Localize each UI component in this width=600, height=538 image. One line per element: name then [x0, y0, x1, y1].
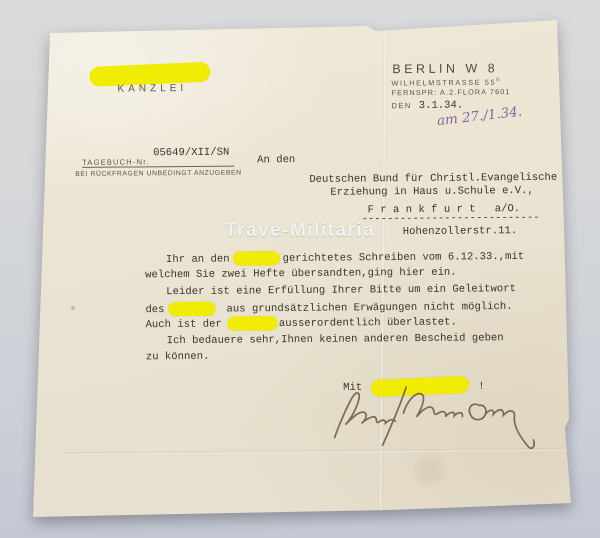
office-label: KANZLEI [117, 83, 187, 95]
redaction-highlight-body-2 [168, 302, 215, 316]
street-floor: II [496, 77, 500, 83]
letter-paper: KANZLEI BERLIN W 8 WILHELMSTRASSE 55II F… [0, 0, 600, 538]
journal-number: 05649/XII/SN [153, 147, 229, 161]
letterhead-street: WILHELMSTRASSE 55II [391, 77, 500, 87]
body-line-1: Ihr an dengerichtetes Schreiben vom 6.12… [166, 249, 524, 267]
body-line-2: welchem Sie zwei Hefte übersandten,ging … [145, 267, 457, 283]
signature-handwriting [319, 378, 550, 458]
date-label: DEN [392, 101, 412, 110]
photo-of-letter: KANZLEI BERLIN W 8 WILHELMSTRASSE 55II F… [0, 0, 600, 538]
letterhead-city: BERLIN W 8 [392, 61, 498, 76]
body-line-5: Auch ist derausserordentlich überlastet. [145, 315, 456, 333]
watermark-overlay: Trave-Militaria [225, 220, 375, 242]
redaction-highlight-body-3 [228, 316, 278, 330]
body-line-6: Ich bedauere sehr,Ihnen keinen anderen B… [167, 332, 504, 348]
body-line-4: desaus grundsätzlichen Erwägungen nicht … [145, 299, 512, 317]
letterhead-phone: FERNSPR: A.2.FLORA 7601 [392, 87, 511, 97]
recipient-org-line2: Erziehung in Haus u.Schule e.V., [330, 185, 534, 200]
body-line-7: zu können. [146, 351, 210, 365]
recipient-street: Hohenzollerstr.11. [403, 225, 518, 239]
recipient-salutation: An den [257, 154, 295, 167]
journal-caption: BEI RÜCKFRAGEN UNBEDINGT ANZUGEBEN [75, 170, 241, 178]
redaction-highlight-body-1 [233, 251, 280, 265]
journal-underline [82, 166, 234, 168]
body-line-3: Leider ist eine Erfüllung Ihrer Bitte um… [166, 283, 516, 299]
